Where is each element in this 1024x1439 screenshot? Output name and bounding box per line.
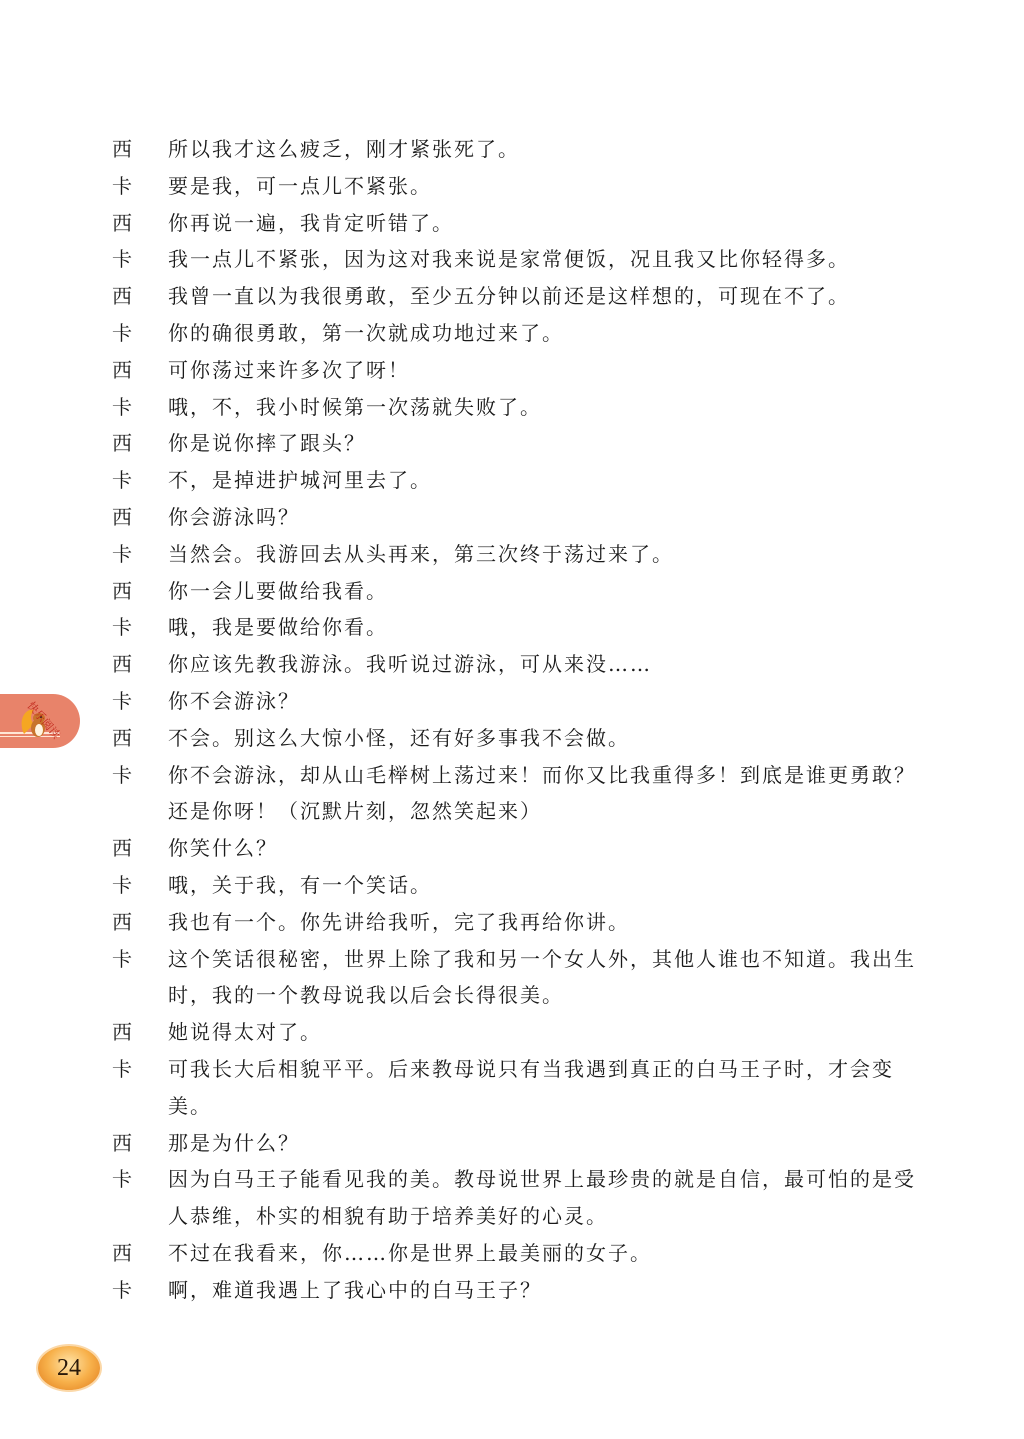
speaker: 西 (112, 499, 136, 536)
speaker: 卡 (112, 536, 136, 573)
dialogue-line: 西她说得太对了。 (0, 1014, 1024, 1051)
dialogue-line: 卡我一点儿不紧张，因为这对我来说是家常便饭，况且我又比你轻得多。 (0, 241, 1024, 278)
speaker: 卡 (112, 867, 136, 904)
speaker: 西 (112, 1235, 136, 1272)
dialogue-line: 西那是为什么？ (0, 1125, 1024, 1162)
line-text: 你的确很勇敢，第一次就成功地过来了。 (168, 315, 916, 352)
dialogue-line: 西不会。别这么大惊小怪，还有好多事我不会做。 (0, 720, 1024, 757)
dialogue-line: 卡哦，我是要做给你看。 (0, 609, 1024, 646)
dialogue: 西所以我才这么疲乏，刚才紧张死了。 卡要是我，可一点儿不紧张。 西你再说一遍，我… (0, 131, 1024, 1309)
line-text: 你一会儿要做给我看。 (168, 573, 916, 610)
dialogue-line: 卡啊，难道我遇上了我心中的白马王子？ (0, 1272, 1024, 1309)
dialogue-line: 卡因为白马王子能看见我的美。教母说世界上最珍贵的就是自信，最可怕的是受人恭维，朴… (0, 1161, 1024, 1235)
dialogue-line: 西你会游泳吗？ (0, 499, 1024, 536)
dialogue-line: 西所以我才这么疲乏，刚才紧张死了。 (0, 131, 1024, 168)
speaker: 西 (112, 1125, 136, 1162)
dialogue-line: 西我曾一直以为我很勇敢，至少五分钟以前还是这样想的，可现在不了。 (0, 278, 1024, 315)
speaker: 卡 (112, 1051, 136, 1088)
speaker: 西 (112, 278, 136, 315)
dialogue-line: 卡哦，不，我小时候第一次荡就失败了。 (0, 389, 1024, 426)
line-text: 哦，不，我小时候第一次荡就失败了。 (168, 389, 916, 426)
line-text: 我也有一个。你先讲给我听，完了我再给你讲。 (168, 904, 916, 941)
line-text: 你是说你摔了跟头？ (168, 425, 916, 462)
dialogue-line: 卡你不会游泳，却从山毛榉树上荡过来！而你又比我重得多！到底是谁更勇敢？还是你呀！… (0, 757, 1024, 831)
line-text: 那是为什么？ (168, 1125, 916, 1162)
speaker: 西 (112, 131, 136, 168)
dialogue-line: 西你一会儿要做给我看。 (0, 573, 1024, 610)
line-text: 不会。别这么大惊小怪，还有好多事我不会做。 (168, 720, 916, 757)
dialogue-line: 西不过在我看来，你……你是世界上最美丽的女子。 (0, 1235, 1024, 1272)
speaker: 西 (112, 830, 136, 867)
line-text: 哦，我是要做给你看。 (168, 609, 916, 646)
line-text: 因为白马王子能看见我的美。教母说世界上最珍贵的就是自信，最可怕的是受人恭维，朴实… (168, 1161, 916, 1235)
speaker: 西 (112, 205, 136, 242)
dialogue-line: 西你应该先教我游泳。我听说过游泳，可从来没…… (0, 646, 1024, 683)
line-text: 你会游泳吗？ (168, 499, 916, 536)
line-text: 哦，关于我，有一个笑话。 (168, 867, 916, 904)
line-text: 可你荡过来许多次了呀！ (168, 352, 916, 389)
line-text: 啊，难道我遇上了我心中的白马王子？ (168, 1272, 916, 1309)
dialogue-line: 卡要是我，可一点儿不紧张。 (0, 168, 1024, 205)
section-tab: 快乐阅读 (0, 694, 80, 748)
dialogue-line: 卡哦，关于我，有一个笑话。 (0, 867, 1024, 904)
line-text: 不过在我看来，你……你是世界上最美丽的女子。 (168, 1235, 916, 1272)
line-text: 你再说一遍，我肯定听错了。 (168, 205, 916, 242)
dialogue-line: 卡你不会游泳？ (0, 683, 1024, 720)
speaker: 西 (112, 352, 136, 389)
line-text: 我一点儿不紧张，因为这对我来说是家常便饭，况且我又比你轻得多。 (168, 241, 916, 278)
line-text: 当然会。我游回去从头再来，第三次终于荡过来了。 (168, 536, 916, 573)
line-text: 你不会游泳，却从山毛榉树上荡过来！而你又比我重得多！到底是谁更勇敢？还是你呀！（… (168, 757, 916, 831)
dialogue-line: 卡你的确很勇敢，第一次就成功地过来了。 (0, 315, 1024, 352)
dialogue-line: 西你笑什么？ (0, 830, 1024, 867)
speaker: 卡 (112, 609, 136, 646)
speaker: 卡 (112, 315, 136, 352)
speaker: 西 (112, 904, 136, 941)
dialogue-line: 卡可我长大后相貌平平。后来教母说只有当我遇到真正的白马王子时，才会变美。 (0, 1051, 1024, 1125)
page-number: 24 (38, 1346, 100, 1390)
speaker: 卡 (112, 389, 136, 426)
dialogue-line: 西你是说你摔了跟头？ (0, 425, 1024, 462)
speaker: 卡 (112, 757, 136, 794)
speaker: 西 (112, 1014, 136, 1051)
speaker: 西 (112, 720, 136, 757)
line-text: 你笑什么？ (168, 830, 916, 867)
dialogue-line: 卡不，是掉进护城河里去了。 (0, 462, 1024, 499)
speaker: 卡 (112, 168, 136, 205)
line-text: 我曾一直以为我很勇敢，至少五分钟以前还是这样想的，可现在不了。 (168, 278, 916, 315)
speaker: 卡 (112, 462, 136, 499)
dialogue-line: 卡这个笑话很秘密，世界上除了我和另一个女人外，其他人谁也不知道。我出生时，我的一… (0, 941, 1024, 1015)
speaker: 卡 (112, 1161, 136, 1198)
line-text: 不，是掉进护城河里去了。 (168, 462, 916, 499)
line-text: 她说得太对了。 (168, 1014, 916, 1051)
dialogue-line: 西我也有一个。你先讲给我听，完了我再给你讲。 (0, 904, 1024, 941)
speaker: 卡 (112, 1272, 136, 1309)
dialogue-line: 卡当然会。我游回去从头再来，第三次终于荡过来了。 (0, 536, 1024, 573)
speaker: 西 (112, 425, 136, 462)
line-text: 所以我才这么疲乏，刚才紧张死了。 (168, 131, 916, 168)
speaker: 西 (112, 646, 136, 683)
speaker: 西 (112, 573, 136, 610)
line-text: 这个笑话很秘密，世界上除了我和另一个女人外，其他人谁也不知道。我出生时，我的一个… (168, 941, 916, 1015)
speaker: 卡 (112, 683, 136, 720)
line-text: 你应该先教我游泳。我听说过游泳，可从来没…… (168, 646, 916, 683)
dialogue-line: 西你再说一遍，我肯定听错了。 (0, 205, 1024, 242)
speaker: 卡 (112, 941, 136, 978)
line-text: 可我长大后相貌平平。后来教母说只有当我遇到真正的白马王子时，才会变美。 (168, 1051, 916, 1125)
speaker: 卡 (112, 241, 136, 278)
line-text: 你不会游泳？ (168, 683, 916, 720)
dialogue-line: 西可你荡过来许多次了呀！ (0, 352, 1024, 389)
line-text: 要是我，可一点儿不紧张。 (168, 168, 916, 205)
